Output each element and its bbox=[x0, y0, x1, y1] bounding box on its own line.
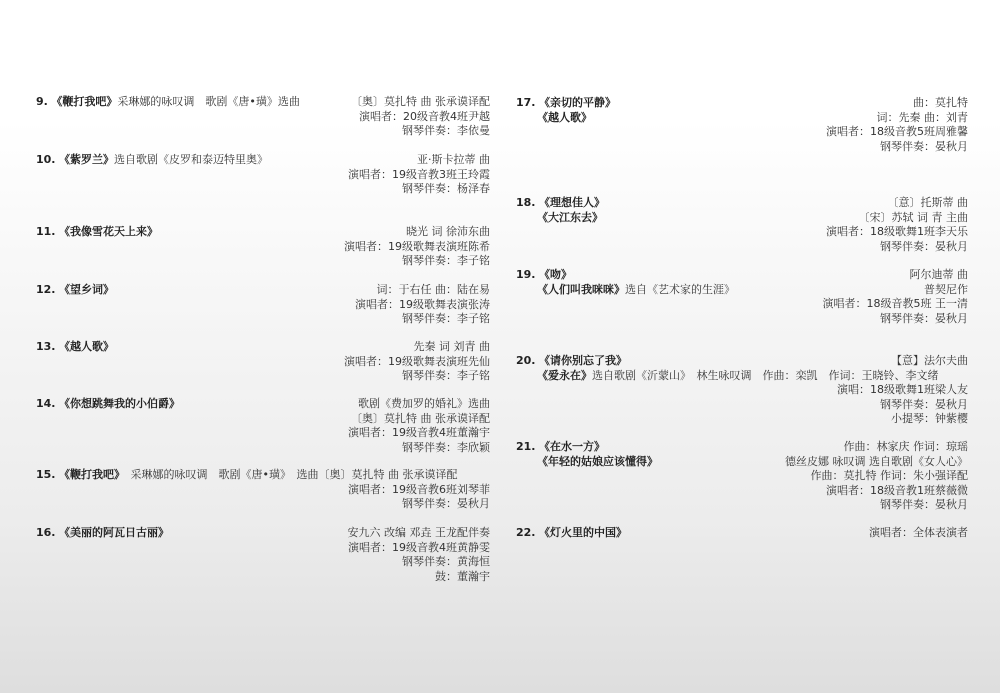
song-title: 《越人歌》 bbox=[59, 340, 114, 353]
accompanist-line: 钢琴伴奏：黄海恒 bbox=[348, 555, 491, 570]
credits: 词：于右任 曲：陆在易 演唱者：19级歌舞表演张涛 钢琴伴奏：李子铭 bbox=[355, 283, 490, 327]
credits: 演唱者：全体表演者 bbox=[869, 526, 968, 541]
accompanist-line: 钢琴伴奏：李依曼 bbox=[351, 124, 490, 139]
song-title: 《越人歌》 bbox=[537, 111, 592, 124]
song-title: 《大江东去》 bbox=[537, 211, 603, 224]
performer-line: 演唱者：全体表演者 bbox=[869, 526, 968, 541]
credits: 演唱者：19级音教6班刘琴菲 钢琴伴奏：晏秋月 bbox=[348, 468, 490, 512]
credits: 晓光 词 徐沛东曲 演唱者：19级歌舞表演班陈希 钢琴伴奏：李子铭 bbox=[344, 225, 490, 269]
song-title: 《我像雪花天上来》 bbox=[59, 225, 158, 238]
item-number: 14. bbox=[36, 397, 56, 410]
credits: 作曲：林家庆 作词：琼瑶 德丝皮娜 咏叹调 选自歌剧《女人心》 作曲：莫扎特 作… bbox=[785, 440, 968, 513]
song-title: 《美丽的阿瓦日古丽》 bbox=[59, 526, 169, 539]
composer-line: 晓光 词 徐沛东曲 bbox=[344, 225, 490, 240]
song-title: 《人们叫我咪咪》 bbox=[537, 283, 625, 296]
item-number: 15. bbox=[36, 468, 56, 481]
performer-line: 演唱者：18级音教5班周雅馨 bbox=[826, 125, 968, 140]
performer-line: 演唱者：19级音教4班黄静雯 bbox=[348, 541, 491, 556]
item-number: 10. bbox=[36, 153, 56, 166]
violin-line: 小提琴：钟紫樱 bbox=[837, 412, 968, 427]
credits: 亚·斯卡拉蒂 曲 演唱者：19级音教3班王玲霞 钢琴伴奏：杨泽春 bbox=[348, 153, 490, 197]
song-title: 《吻》 bbox=[539, 268, 572, 281]
composer-line: 〔奥〕莫扎特 曲 张承谟译配 bbox=[348, 412, 490, 427]
composer-line: 〔意〕托斯蒂 曲 bbox=[826, 196, 968, 211]
item-number: 21. bbox=[516, 440, 536, 453]
drum-line: 鼓：董瀚宇 bbox=[348, 570, 491, 585]
composer-line: 作曲：莫扎特 作词：朱小强译配 bbox=[785, 469, 968, 484]
item-number: 20. bbox=[516, 354, 536, 367]
item-number: 13. bbox=[36, 340, 56, 353]
performer-line: 演唱者：18级音教1班蔡薇微 bbox=[785, 484, 968, 499]
song-title: 《理想佳人》 bbox=[539, 196, 605, 209]
performer-line: 演唱者：19级歌舞表演张涛 bbox=[355, 298, 490, 313]
accompanist-line: 钢琴伴奏：李子铭 bbox=[344, 369, 490, 384]
accompanist-line: 钢琴伴奏：晏秋月 bbox=[823, 312, 969, 327]
performer-line: 演唱者：19级音教3班王玲霞 bbox=[348, 168, 490, 183]
item-number: 19. bbox=[516, 268, 536, 281]
source-line: 歌剧《费加罗的婚礼》选曲 bbox=[348, 397, 490, 412]
composer-line: 阿尔迪蒂 曲 bbox=[823, 268, 969, 283]
accompanist-line: 钢琴伴奏：晏秋月 bbox=[348, 497, 490, 512]
accompanist-line: 钢琴伴奏：晏秋月 bbox=[826, 140, 968, 155]
composer-line: 普契尼作 bbox=[823, 283, 969, 298]
accompanist-line: 钢琴伴奏：晏秋月 bbox=[837, 398, 968, 413]
composer-line: 曲：莫扎特 bbox=[826, 96, 968, 111]
accompanist-line: 钢琴伴奏：杨泽春 bbox=[348, 182, 490, 197]
credits: 〔意〕托斯蒂 曲 〔宋〕苏轼 词 青 主曲 演唱者：18级歌舞1班李天乐 钢琴伴… bbox=[826, 196, 968, 254]
composer-line: 作曲：林家庆 作词：琼瑶 bbox=[785, 440, 968, 455]
song-title: 《鞭打我吧》 bbox=[59, 468, 120, 481]
item-number: 22. bbox=[516, 526, 536, 539]
credits: 阿尔迪蒂 曲 普契尼作 演唱者：18级音教5班 王一清 钢琴伴奏：晏秋月 bbox=[823, 268, 969, 326]
composer-line: 【意】法尔夫曲 bbox=[837, 354, 968, 369]
composer-line: 〔宋〕苏轼 词 青 主曲 bbox=[826, 211, 968, 226]
song-title: 《灯火里的中国》 bbox=[539, 526, 627, 539]
accompanist-line: 钢琴伴奏：晏秋月 bbox=[785, 498, 968, 513]
song-title: 《紫罗兰》 bbox=[59, 153, 114, 166]
credits: 安九六 改编 邓垚 王龙配伴奏 演唱者：19级音教4班黄静雯 钢琴伴奏：黄海恒 … bbox=[348, 526, 491, 584]
song-title: 《在水一方》 bbox=[539, 440, 605, 453]
item-number: 11. bbox=[36, 225, 56, 238]
song-title: 《望乡词》 bbox=[59, 283, 114, 296]
composer-line: 〔奥〕莫扎特 曲 张承谟译配 bbox=[351, 95, 490, 110]
composer-line: 先秦 词 刘青 曲 bbox=[344, 340, 490, 355]
composer-line: 词：于右任 曲：陆在易 bbox=[355, 283, 490, 298]
arranger-line: 安九六 改编 邓垚 王龙配伴奏 bbox=[348, 526, 491, 541]
accompanist-line: 钢琴伴奏：李子铭 bbox=[344, 254, 490, 269]
song-title: 《爱永在》 bbox=[537, 369, 592, 382]
song-note: 采琳娜的咏叹调 歌剧《唐•璜》选曲 bbox=[117, 95, 300, 108]
song-title: 《请你别忘了我》 bbox=[539, 354, 627, 367]
performer-line: 演唱者：19级歌舞表演班先仙 bbox=[344, 355, 490, 370]
composer-line: 词：先秦 曲：刘青 bbox=[826, 111, 968, 126]
item-number: 12. bbox=[36, 283, 56, 296]
item-number: 18. bbox=[516, 196, 536, 209]
credits: 先秦 词 刘青 曲 演唱者：19级歌舞表演班先仙 钢琴伴奏：李子铭 bbox=[344, 340, 490, 384]
accompanist-line: 钢琴伴奏：李子铭 bbox=[355, 312, 490, 327]
accompanist-line: 钢琴伴奏：晏秋月 bbox=[826, 240, 968, 255]
song-note: 选自歌剧《皮罗和泰迈特里奥》 bbox=[114, 153, 268, 166]
accompanist-line: 钢琴伴奏：李欣颖 bbox=[348, 441, 490, 456]
credits: 歌剧《费加罗的婚礼》选曲 〔奥〕莫扎特 曲 张承谟译配 演唱者：19级音教4班董… bbox=[348, 397, 490, 455]
item-number: 17. bbox=[516, 96, 536, 109]
credits: 【意】法尔夫曲 演唱：18级歌舞1班梁人友 钢琴伴奏：晏秋月 小提琴：钟紫樱 bbox=[837, 354, 968, 427]
song-title: 《鞭打我吧》 bbox=[51, 95, 117, 108]
credits: 曲：莫扎特 词：先秦 曲：刘青 演唱者：18级音教5班周雅馨 钢琴伴奏：晏秋月 bbox=[826, 96, 968, 154]
performer-line: 演唱者：19级音教4班董瀚宇 bbox=[348, 426, 490, 441]
performer-line: 演唱者：18级歌舞1班李天乐 bbox=[826, 225, 968, 240]
performer-line: 演唱者：19级音教6班刘琴菲 bbox=[348, 483, 490, 498]
item-number: 16. bbox=[36, 526, 56, 539]
performer-line: 演唱：18级歌舞1班梁人友 bbox=[837, 383, 968, 398]
performer-line: 演唱者：19级歌舞表演班陈希 bbox=[344, 240, 490, 255]
song-title: 《年轻的姑娘应该懂得》 bbox=[537, 455, 658, 468]
credits: 〔奥〕莫扎特 曲 张承谟译配 演唱者：20级音教4班尹越 钢琴伴奏：李依曼 bbox=[351, 95, 490, 139]
spacer-line bbox=[837, 369, 968, 384]
item-number: 9. bbox=[36, 95, 48, 108]
song-title: 《你想跳舞我的小伯爵》 bbox=[59, 397, 180, 410]
composer-line bbox=[348, 468, 490, 483]
song-note: 选自《艺术家的生涯》 bbox=[625, 283, 735, 296]
performer-line: 演唱者：20级音教4班尹越 bbox=[351, 110, 490, 125]
song-title: 《亲切的平静》 bbox=[539, 96, 616, 109]
source-line: 德丝皮娜 咏叹调 选自歌剧《女人心》 bbox=[785, 455, 968, 470]
composer-line: 亚·斯卡拉蒂 曲 bbox=[348, 153, 490, 168]
performer-line: 演唱者：18级音教5班 王一清 bbox=[823, 297, 969, 312]
